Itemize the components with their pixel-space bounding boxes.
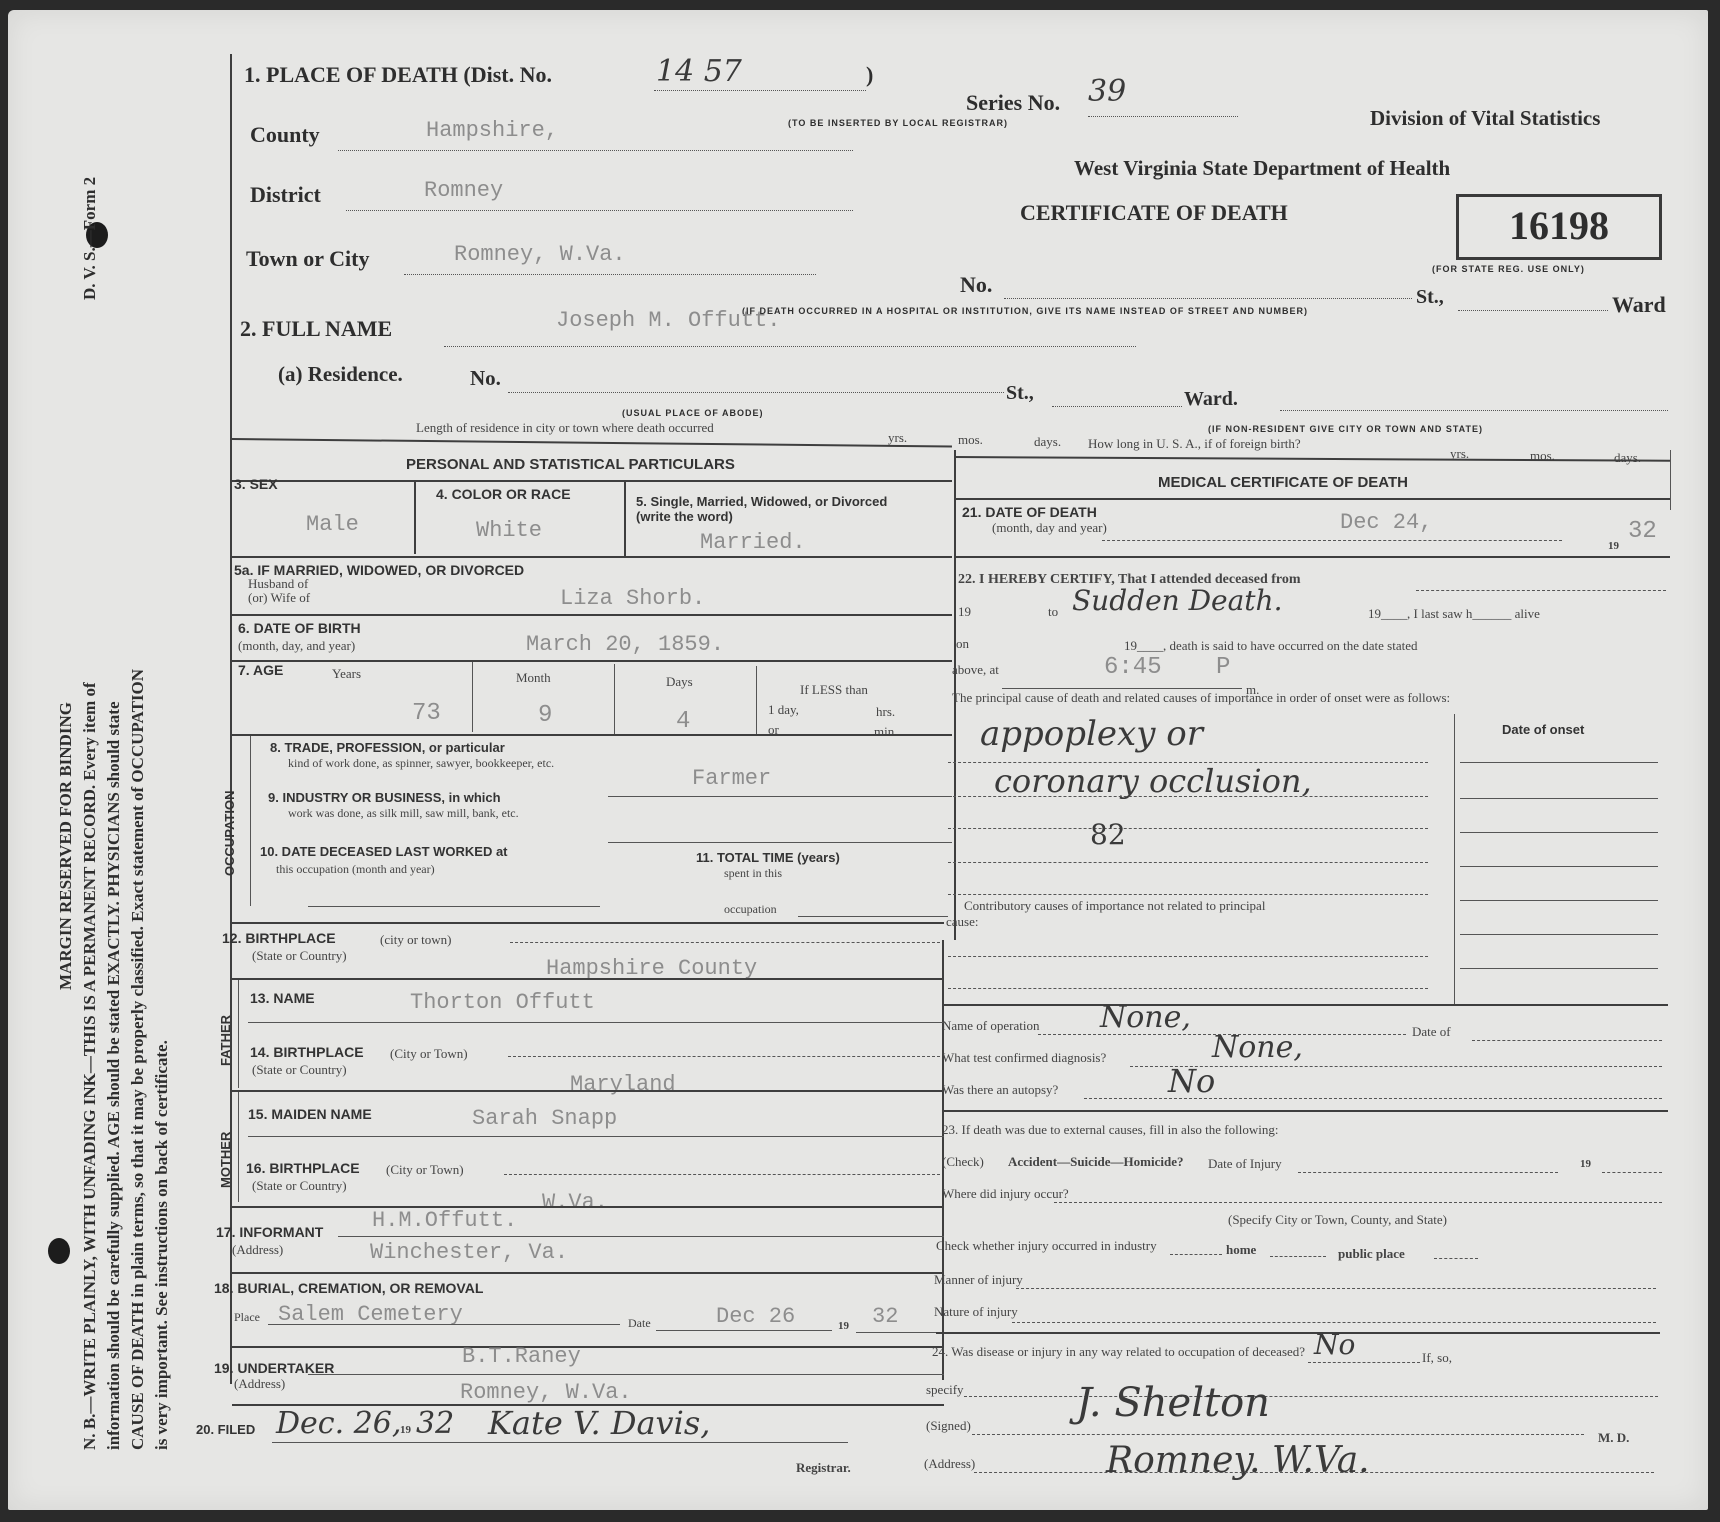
rule [232, 660, 952, 662]
mother-side-label: MOTHER [218, 1132, 233, 1188]
rule [472, 662, 473, 732]
race-label: 4. COLOR OR RACE [436, 486, 571, 502]
father-name-value: Thorton Offutt [410, 990, 595, 1015]
rule [1054, 1202, 1662, 1203]
rule [1472, 1040, 1662, 1041]
burial-place-label: Place [234, 1310, 260, 1325]
less-day-label: 1 day, [768, 702, 799, 718]
total-time-sub: spent in this [724, 866, 782, 881]
registrar-signature: Kate V. Davis, [488, 1404, 710, 1442]
injury-year-prefix: 19 [1580, 1158, 1591, 1170]
date-injury-label: Date of Injury [1208, 1156, 1282, 1172]
spouse-sub2: (or) Wife of [248, 590, 310, 606]
rule [1460, 762, 1658, 763]
rule [308, 1374, 944, 1375]
dob-label: 6. DATE OF BIRTH [238, 620, 361, 636]
mother-birthplace-label: 16. BIRTHPLACE [246, 1160, 360, 1176]
md-label: M. D. [1598, 1430, 1629, 1446]
mother-maiden-value: Sarah Snapp [472, 1106, 617, 1131]
county-field: Hampshire, [338, 122, 853, 151]
dod-sub: (month, day and year) [992, 520, 1107, 536]
rule [624, 482, 626, 556]
rule [232, 978, 944, 980]
series-label: Series No. [966, 90, 1060, 116]
rule [1270, 1256, 1326, 1257]
if-so-label: If, so, [1422, 1350, 1452, 1366]
rule [948, 796, 1428, 797]
street-no-label: No. [960, 272, 992, 298]
rule [856, 1332, 942, 1333]
town-label: Town or City [246, 246, 369, 272]
autopsy-label: Was there an autopsy? [942, 1082, 1058, 1098]
rule [1460, 866, 1658, 867]
death-said-label: 19____, death is said to have occurred o… [1124, 638, 1418, 654]
signed-label: (Signed) [926, 1418, 971, 1434]
department-title: West Virginia State Department of Health [1074, 156, 1450, 181]
father-birthplace-sub2: (State or Country) [252, 1062, 347, 1078]
above-at-label: above, at [952, 662, 999, 678]
medical-section-title: MEDICAL CERTIFICATE OF DEATH [1158, 474, 1408, 491]
home-label: home [1226, 1242, 1256, 1258]
personal-section-title: PERSONAL AND STATISTICAL PARTICULARS [406, 456, 735, 473]
informant-name-value: H.M.Offutt. [372, 1208, 517, 1233]
rule [232, 1206, 944, 1208]
rule [948, 988, 1428, 989]
rule [1298, 1172, 1558, 1173]
rule [1002, 688, 1242, 689]
dod-value: Dec 24, [1340, 510, 1432, 535]
rule [964, 1396, 1658, 1397]
residence-st-label: St., [1006, 382, 1034, 405]
series-no-value: 39 [1088, 74, 1126, 109]
rule [232, 480, 952, 482]
burial-year-value: 32 [872, 1304, 898, 1329]
rule [1416, 590, 1666, 591]
rule [1170, 1254, 1222, 1255]
rule [510, 942, 940, 943]
rule [1454, 714, 1455, 1004]
rule [1434, 1258, 1478, 1259]
trade-sub: kind of work done, as spinner, sawyer, b… [288, 756, 608, 771]
marital-value: Married. [700, 530, 806, 555]
divider [954, 456, 1670, 462]
rule [232, 1346, 944, 1348]
rule [1602, 1172, 1662, 1173]
trade-value: Farmer [692, 766, 771, 791]
margin-instruction-4: is very important. See instructions on b… [152, 1040, 172, 1450]
rule [232, 1272, 944, 1274]
rule [948, 862, 1428, 863]
rule [614, 664, 615, 734]
rule [798, 916, 948, 917]
age-years-label: Years [332, 666, 361, 682]
physician-address-label: (Address) [924, 1456, 975, 1472]
rule [508, 1056, 940, 1057]
marital-label: 5. Single, Married, Widowed, or Divorced… [636, 494, 916, 524]
dob-sub: (month, day, and year) [238, 638, 355, 654]
registrar-label: Registrar. [796, 1460, 851, 1476]
sex-label: 3. SEX [234, 476, 278, 492]
undertaker-sub: (Address) [234, 1376, 285, 1392]
punch-hole [48, 1238, 70, 1264]
burial-date-label: Date [628, 1316, 651, 1331]
rule [974, 1472, 1654, 1473]
margin-binding-note: MARGIN RESERVED FOR BINDING [56, 702, 76, 990]
hrs-label: hrs. [876, 704, 895, 720]
ward-label: Ward [1612, 292, 1666, 318]
on-label: on [956, 636, 969, 652]
district-label: District [250, 182, 321, 208]
residence-label: (a) Residence. [278, 362, 403, 387]
min-label: min. [874, 724, 897, 740]
residence-ward-field [1052, 388, 1182, 407]
onset-label: Date of onset [1502, 722, 1584, 737]
father-birthplace-label: 14. BIRTHPLACE [250, 1044, 364, 1060]
rule [948, 894, 1428, 895]
cert-number-note: (FOR STATE REG. USE ONLY) [1432, 264, 1585, 274]
dist-no-value: 14 57 [656, 54, 742, 89]
accident-types: Accident—Suicide—Homicide? [1008, 1154, 1184, 1170]
nonresident-note: (IF NON-RESIDENT GIVE CITY OR TOWN AND S… [1208, 424, 1483, 434]
rule [944, 1110, 1668, 1112]
birthplace-sub1: (city or town) [380, 932, 451, 948]
mother-maiden-label: 15. MAIDEN NAME [248, 1106, 372, 1122]
rule [956, 498, 1670, 500]
attended-19: 19 [958, 604, 971, 620]
check-where-label: Check whether injury occurred in industr… [936, 1238, 1157, 1254]
sex-value: Male [306, 512, 359, 537]
rule [1460, 798, 1658, 799]
operation-date-label: Date of [1412, 1024, 1451, 1040]
district-field: Romney [346, 182, 853, 211]
cause-line-3: 82 [1090, 818, 1126, 851]
informant-address-value: Winchester, Va. [370, 1240, 568, 1265]
district-value: Romney [424, 178, 503, 203]
specify-label: specify [926, 1382, 964, 1398]
usa-mos: mos. [1530, 448, 1555, 464]
occupation-side-label: OCCUPATION [222, 791, 237, 876]
dod-label: 21. DATE OF DEATH [962, 504, 1097, 520]
length-mos: mos. [958, 432, 983, 448]
full-name-field: Joseph M. Offutt. [444, 322, 1136, 347]
rule [1460, 968, 1658, 969]
burial-year-prefix: 19 [838, 1320, 849, 1332]
nonresident-field [1280, 394, 1668, 411]
street-no-field [1004, 276, 1412, 299]
full-name-label: 2. FULL NAME [240, 316, 392, 342]
certificate-title: CERTIFICATE OF DEATH [1020, 200, 1288, 226]
rule [232, 614, 952, 616]
rule [308, 906, 600, 907]
occupational-label: 24. Was disease or injury in any way rel… [932, 1344, 1305, 1360]
usa-days: days. [1614, 450, 1641, 466]
length-residence-label: Length of residence in city or town wher… [416, 420, 714, 436]
mother-birthplace-sub2: (State or Country) [252, 1178, 347, 1194]
physician-signature: J. Shelton [1076, 1380, 1270, 1426]
mother-birthplace-value: W.Va. [542, 1190, 608, 1215]
rule [656, 1330, 832, 1331]
cause-line-1: appoplexy or [980, 714, 1203, 754]
informant-sub: (Address) [232, 1242, 283, 1258]
street-st-label: St., [1416, 286, 1444, 309]
rule [338, 1236, 944, 1237]
rule [272, 1442, 848, 1443]
rule [956, 556, 1670, 558]
rule [414, 480, 416, 554]
length-yrs: yrs. [888, 430, 907, 446]
death-meridian-value: P [1216, 654, 1230, 681]
father-side-label: FATHER [218, 1015, 233, 1066]
rule [250, 736, 251, 906]
trade-label: 8. TRADE, PROFESSION, or particular [270, 740, 505, 755]
rule [1084, 1098, 1662, 1099]
father-name-label: 13. NAME [250, 990, 315, 1006]
filed-date-value: Dec. 26, [276, 1406, 401, 1441]
rule [268, 1324, 620, 1325]
autopsy-value: No [1168, 1062, 1215, 1100]
informant-label: 17. INFORMANT [216, 1224, 323, 1240]
last-worked-sub: this occupation (month and year) [276, 862, 476, 877]
rule [238, 1092, 239, 1202]
usa-label: How long in U. S. A., if of foreign birt… [1088, 436, 1301, 452]
rule [972, 1434, 1584, 1435]
rule [1308, 1362, 1420, 1363]
dod-year-prefix: 19 [1608, 540, 1619, 552]
abode-note: (USUAL PLACE OF ABODE) [622, 408, 764, 418]
industry-label: 9. INDUSTRY OR BUSINESS, in which [268, 790, 501, 805]
rule [1016, 1288, 1656, 1289]
filed-year-prefix: 19 [400, 1424, 411, 1436]
certificate-number: 16198 [1456, 194, 1662, 260]
length-days: days. [1034, 434, 1061, 450]
rule [232, 1090, 944, 1092]
nature-label: Nature of injury [934, 1304, 1018, 1320]
operation-label: Name of operation [942, 1018, 1039, 1034]
rule [948, 828, 1428, 829]
residence-no-field [508, 372, 1004, 393]
burial-label: 18. BURIAL, CREMATION, OR REMOVAL [214, 1280, 483, 1296]
margin-instruction-1: N. B.—WRITE PLAINLY, WITH UNFADING INK—T… [80, 682, 100, 1450]
death-time-value: 6:45 [1104, 654, 1162, 681]
rule [756, 666, 757, 736]
industry-sub: work was done, as silk mill, saw mill, b… [288, 806, 608, 821]
dob-value: March 20, 1859. [526, 632, 724, 657]
rule [1460, 832, 1658, 833]
margin-instruction-2: information should be carefully supplied… [104, 702, 124, 1451]
check-label: (Check) [942, 1154, 984, 1170]
age-month-value: 9 [538, 702, 552, 729]
county-label: County [250, 122, 320, 148]
burial-date-value: Dec 26 [716, 1304, 795, 1329]
series-no-field: 39 [1088, 90, 1238, 117]
rule [504, 1174, 940, 1175]
age-label: 7. AGE [238, 662, 283, 678]
occupational-value: No [1314, 1328, 1355, 1361]
rule [232, 922, 944, 924]
operation-value: None, [1100, 1000, 1191, 1035]
less-than-label: If LESS than [800, 682, 868, 698]
rule [1670, 450, 1671, 510]
contributory-label: Contributory causes of importance not re… [946, 898, 1266, 930]
residence-no-label: No. [470, 366, 501, 391]
birthplace-label: 12. BIRTHPLACE [222, 930, 336, 946]
physician-address-value: Romney. W.Va. [1106, 1440, 1370, 1481]
rule [608, 842, 952, 843]
cause-line-2: coronary occlusion, [994, 762, 1312, 800]
rule [1012, 1322, 1656, 1323]
rule [232, 734, 952, 736]
rule [936, 1332, 1660, 1334]
rule [232, 556, 952, 558]
divider [232, 438, 952, 448]
attended-value: Sudden Death. [1072, 584, 1282, 617]
cause-label: The principal cause of death and related… [952, 690, 1450, 706]
undertaker-name-value: B.T.Raney [462, 1344, 581, 1369]
rule [1460, 900, 1658, 901]
spouse-value: Liza Shorb. [560, 586, 705, 611]
external-label: 23. If death was due to external causes,… [942, 1122, 1278, 1138]
rule [238, 980, 239, 1088]
father-birthplace-sub1: (City or Town) [390, 1046, 468, 1062]
place-of-death-label: 1. PLACE OF DEATH (Dist. No. [244, 62, 552, 88]
form-id: D. V. S.—Form 2 [80, 177, 100, 300]
test-value: None, [1212, 1030, 1303, 1065]
residence-ward-label: Ward. [1184, 388, 1238, 411]
rule [608, 796, 952, 797]
town-value: Romney, W.Va. [454, 242, 626, 267]
total-time-sub2: occupation [724, 902, 777, 917]
filed-year-value: 32 [416, 1406, 454, 1441]
rule [944, 1004, 1668, 1006]
where-injury-note: (Specify City or Town, County, and State… [1228, 1212, 1447, 1228]
rule [248, 1136, 944, 1137]
full-name-value: Joseph M. Offutt. [556, 308, 780, 333]
age-month-label: Month [516, 670, 551, 686]
total-time-label: 11. TOTAL TIME (years) [696, 850, 840, 865]
death-certificate: MARGIN RESERVED FOR BINDING N. B.—WRITE … [8, 10, 1708, 1510]
ward-field [1458, 290, 1608, 311]
division-title: Division of Vital Statistics [1370, 106, 1600, 131]
last-saw-label: 19____, I last saw h______ alive [1368, 606, 1540, 622]
rule [248, 1022, 944, 1023]
paren-close: ) [866, 62, 873, 88]
county-value: Hampshire, [426, 118, 558, 143]
dist-no-field: 14 57 [654, 62, 866, 91]
father-birthplace-value: Maryland [570, 1072, 676, 1097]
hospital-note: (IF DEATH OCCURRED IN A HOSPITAL OR INST… [742, 306, 1308, 316]
mother-birthplace-sub1: (City or Town) [386, 1162, 464, 1178]
age-days-value: 4 [676, 708, 690, 735]
rule [1460, 934, 1658, 935]
manner-label: Manner of injury [934, 1272, 1023, 1288]
filed-label: 20. FILED [196, 1422, 255, 1437]
age-days-label: Days [666, 674, 693, 690]
rule [1102, 540, 1562, 541]
birthplace-sub2: (State or Country) [252, 948, 347, 964]
where-injury-label: Where did injury occur? [942, 1186, 1069, 1202]
rule [948, 956, 1428, 957]
age-years-value: 73 [412, 700, 441, 727]
last-worked-label: 10. DATE DECEASED LAST WORKED at [260, 844, 508, 859]
dod-year-value: 32 [1628, 518, 1657, 545]
public-place-label: public place [1338, 1246, 1405, 1262]
race-value: White [476, 518, 542, 543]
margin-instruction-3: CAUSE OF DEATH in plain terms, so that i… [128, 669, 148, 1450]
town-field: Romney, W.Va. [404, 246, 816, 275]
undertaker-address-value: Romney, W.Va. [460, 1380, 632, 1405]
attended-to: to [1048, 604, 1058, 620]
test-label: What test confirmed diagnosis? [942, 1050, 1106, 1066]
